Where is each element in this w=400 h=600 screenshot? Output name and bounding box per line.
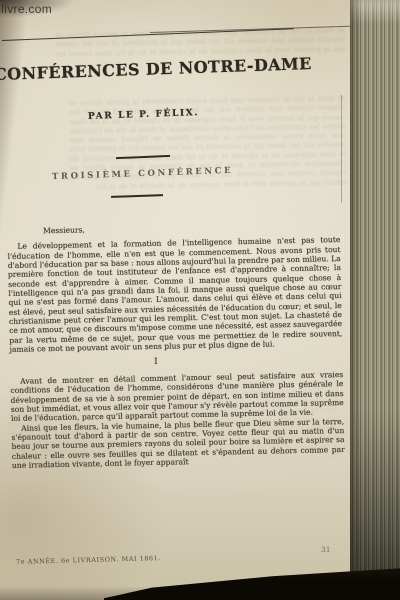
book-page: et dans la vie de l'homme que nous avons… [0, 0, 354, 600]
page-number: 31 [321, 545, 331, 554]
paragraph: Ainsi que les fleurs, la vie humaine, la… [11, 417, 345, 471]
imprint-footer: 7e ANNÉE. 6e LIVRAISON. MAI 1861. [16, 554, 161, 566]
page-title: CONFÉRENCES DE NOTRE-DAME [0, 55, 282, 84]
paragraph: Le développement et la formation de l'in… [7, 235, 342, 354]
section-marker: I [10, 355, 302, 370]
book-page-edges [350, 0, 400, 600]
page-crease [341, 95, 342, 203]
paragraph: Avant de montrer en détail comment l'amo… [10, 370, 344, 424]
body-text: Messieurs, Le développement et la format… [7, 220, 345, 470]
watermark: -livre.com [0, 2, 52, 16]
book-photo: et dans la vie de l'homme que nous avons… [0, 0, 400, 600]
